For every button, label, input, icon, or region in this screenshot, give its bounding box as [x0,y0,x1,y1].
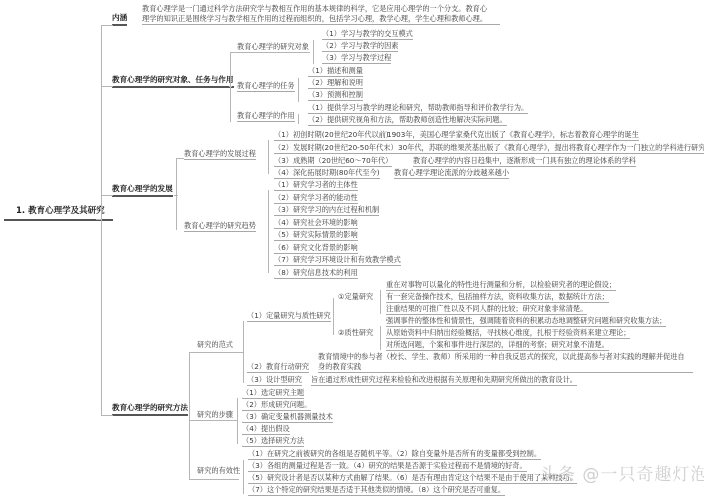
quant-qual[interactable]: （1）定量研究与质性研究 [247,311,331,322]
quant-item: 注重结果的可推广性以及不同人群的比较；研究对象非常清楚。 [386,304,587,315]
list-item: （7）研究学习环境设计和有效教学模式 [274,255,401,266]
connector [230,52,231,122]
connector [189,420,237,421]
connector [189,352,190,480]
branch-object[interactable]: 教育心理学的研究对象、任务与作用 [112,75,234,88]
method-validity[interactable]: 研究的有效性 [197,466,240,475]
quant-item: 有一套完备操作技术，包括抽样方法，资料收集方法，数据统计方法； [386,292,609,303]
list-item: （2）学习与教学的因素 [322,41,398,52]
qual-item: 强调事件的整体性和情景性，强调随着资料的积累动态地调整研究问题和研究收集方法； [386,316,666,327]
list-item: （7）这个特定的研究结果是否适于其他类似的情境。（8）这个研究是否可重复。 [248,485,505,496]
connector [229,86,232,87]
action-desc-2: 身的教育实践 [318,362,693,373]
dev-period-2: （2）发展时期(20世纪20-50年代末） [274,143,398,154]
list-item: （5）研究设计者是否以某种方式曲解了结果。（6）是否有理由肯定这个结果不是由于使… [248,473,577,484]
design-desc: 旨在通过形成性研究过程来检验和改进根据有关原理和先期研究所做出的教育设计。 [311,375,577,386]
connector [176,158,177,230]
list-item: （1）研究学习者的主体性 [274,180,358,191]
dev-process[interactable]: 教育心理学的发展过程 [184,149,256,160]
connector [380,290,381,314]
dev-period-3: （3）成熟期（20世纪60～70年代） [274,156,392,167]
list-item: （3）确定变量机器测量技术 [242,412,333,423]
list-item: （3）各组的测量过程是否一致。（4）研究的结果是否源于实验过程而不是情境的好奇。 [248,461,527,472]
method-paradigm[interactable]: 研究的范式 [197,340,233,349]
list-item: （2）形成研究问题。 [242,400,311,411]
dev-desc-3: 教育心理学的内容日趋集中，逐渐形成一门具有独立的理论体系的学科 [413,156,636,167]
action-research[interactable]: （2）教育行动研究 [247,362,309,373]
object-role[interactable]: 教育心理学的作用 [237,111,295,122]
connector [189,352,243,353]
connector [380,326,381,350]
list-item: （3）学习与教学过程 [322,53,391,64]
dev-trend[interactable]: 教育心理学的研究趋势 [184,221,256,232]
branch-development[interactable]: 教育心理学的发展 [112,184,173,197]
dev-desc-4: 教育心理学理论流派的分歧越来越小 [394,168,509,179]
list-item: （2）研究学习者的能动性 [274,193,358,204]
list-item: （1）选定研究主题 [242,388,304,399]
qual-label[interactable]: ②质性研究 [338,328,373,337]
list-item: （2）提供研究视角和方法，帮助教师创造性地解决实际问题。 [308,115,507,126]
connector [101,415,113,416]
object-task[interactable]: 教育心理学的任务 [237,81,295,92]
list-item: （3）预测和控制 [308,90,363,101]
qual-item: 对所选问题，个案和事件进行深层的，详细的考察；研究对象不清楚。 [386,340,609,351]
branch-method[interactable]: 教育心理学的研究方法 [112,403,188,416]
list-item: （4）研究社会环境的影响 [274,218,358,229]
quant-label[interactable]: ①定量研究 [338,292,373,301]
list-item: （1）学习与教学的交互模式 [322,29,413,40]
action-desc-1: 教育情境中的参与者（校长、学生、教师）所采用的一种自我反思式的探究，以此提高参与… [318,352,685,361]
list-item: （3）研究学习的内在过程和机制 [274,205,379,216]
connector [333,298,334,335]
list-item: （8）研究信息技术的利用 [274,268,358,279]
quant-item: 重在对事物可以量化的特性进行测量和分析，以检验研究者的理论假设； [386,280,616,291]
list-item: （2）理解和说明 [308,78,363,89]
connector [101,25,113,26]
list-item: （1）描述和测量 [308,66,363,77]
neihan-text-2: 理学的知识正是围绕学习与教学相互作用的过程而组织的，包括学习心理，教学心理，学生… [142,14,500,25]
list-item: （1）在研究之前被研究的各组是否随机平等。（2）除自变量外是否所有的变量都受到控… [248,449,541,460]
connector [237,398,238,444]
dev-period-1: （1）初创时期(20世纪20年代以前) [274,130,389,141]
list-item: （6）研究文化背景的影响 [274,243,358,254]
connector [189,479,239,480]
connector [298,78,299,102]
trunk-line [101,25,102,416]
connector [313,40,314,64]
branch-neihan[interactable]: 内涵 [112,13,127,26]
list-item: （1）提供学习与教学的理论和研究，帮助教师指导和评价教学行为。 [308,103,528,114]
connector [243,460,244,494]
connector [243,321,244,383]
method-steps[interactable]: 研究的步骤 [197,410,233,419]
connector [101,195,113,196]
dev-desc-2: 30年代，苏联的维果茨基出版了《教育心理学》，提出将教育心理学作为一门独立的学科… [398,143,704,154]
list-item: （5）选择研究方法 [242,436,304,447]
watermark: 头条 @一只奇趣灯泡 [540,460,704,485]
connector [268,190,269,273]
connector [230,52,310,53]
connector [268,140,269,174]
list-item: （5）研究实际情景的影响 [274,230,358,241]
trunk-link [96,219,102,220]
dev-period-4: （4）深化拓展时期(80年代至今) [274,168,380,179]
design-research[interactable]: （3）设计型研究 [247,375,302,386]
neihan-text-1: 教育心理学是一门通过科学方法研究学与教相互作用的基本规律的科学，它是应用心理学的… [142,4,487,14]
connector [101,86,113,87]
connector [298,114,299,124]
dev-desc-1: 1903年，美国心理学家桑代克出版了《教育心理学》，标志着教育心理学的诞生 [387,130,639,141]
qual-item: 从原始资料中归纳出经验概括，寻找核心维度，扎根于经验资料来建立理论； [386,328,630,339]
connector [176,158,184,159]
list-item: （4）提出假设 [242,424,290,435]
connector [174,195,178,196]
